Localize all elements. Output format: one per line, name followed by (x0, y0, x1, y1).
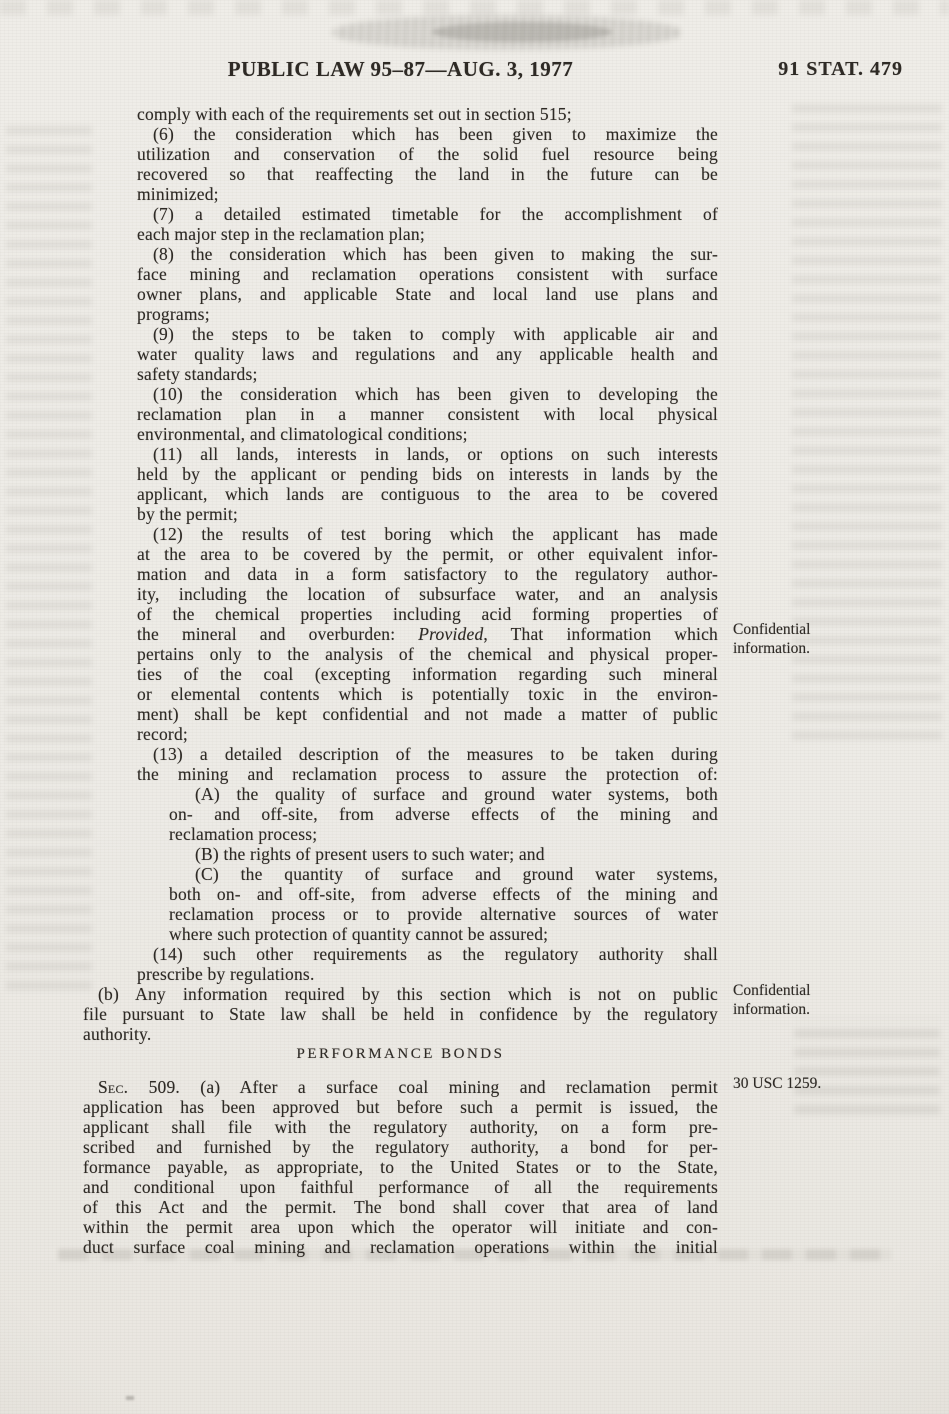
subclause-C: (C) the quantity of surface and ground w… (169, 864, 718, 944)
text-line: the mineral and overburden: Provided, Th… (137, 624, 718, 644)
text-line: (13) a detailed description of the measu… (137, 744, 718, 764)
statute-scanned-page: PUBLIC LAW 95–87—AUG. 3, 1977 91 STAT. 4… (0, 0, 949, 1414)
clause-6: (6) the consideration which has been giv… (137, 124, 718, 204)
text-line: ity, including the location of subsurfac… (137, 584, 718, 604)
text-line: minimized; (137, 184, 718, 204)
text-line: at the area to be covered by the permit,… (137, 544, 718, 564)
clause-12: (12) the results of test boring which th… (137, 524, 718, 744)
running-head-law-title: PUBLIC LAW 95–87—AUG. 3, 1977 (83, 57, 718, 82)
clause-9: (9) the steps to be taken to comply with… (137, 324, 718, 384)
text-line: record; (137, 724, 718, 744)
clause-10: (10) the consideration which has been gi… (137, 384, 718, 444)
text-line: recovered so that reaffecting the land i… (137, 164, 718, 184)
text-line: formance payable, as appropriate, to the… (83, 1157, 718, 1177)
text-line: (6) the consideration which has been giv… (137, 124, 718, 144)
text-line: owner plans, and applicable State and lo… (137, 284, 718, 304)
text-line: and conditional upon faithful performanc… (83, 1177, 718, 1197)
text-line: reclamation plan in a manner consistent … (137, 404, 718, 424)
ink-smudge (333, 15, 681, 50)
statute-text-column: comply with each of the requirements set… (83, 104, 718, 1257)
text-line: water quality laws and regulations and a… (137, 344, 718, 364)
text-line: (C) the quantity of surface and ground w… (169, 864, 718, 884)
scan-speck (126, 1396, 134, 1400)
text-line: within the permit area upon which the op… (83, 1217, 718, 1237)
text-line: (B) the rights of present users to such … (169, 844, 718, 864)
text-line: held by the applicant or pending bids on… (137, 464, 718, 484)
text-line: on- and off-site, from adverse effects o… (169, 804, 718, 824)
note-confidential-1: Confidential information. (733, 620, 843, 658)
text-line: environmental, and climatological condit… (137, 424, 718, 444)
text-line: the mining and reclamation process to as… (137, 764, 718, 784)
text-line: authority. (83, 1024, 718, 1044)
ink-smudge-core (432, 22, 612, 42)
small-caps-text: Sec. (98, 1077, 128, 1097)
bleedthrough-artifact-left-margin (6, 120, 92, 990)
text-line: of this Act and the permit. The bond sha… (83, 1197, 718, 1217)
text-line: file pursuant to State law shall be held… (83, 1004, 718, 1024)
text-line: scribed and furnished by the regulatory … (83, 1137, 718, 1157)
bleedthrough-artifact-top (0, 0, 949, 15)
text-line: (8) the consideration which has been giv… (137, 244, 718, 264)
clause-14: (14) such other requirements as the regu… (137, 944, 718, 984)
text-line: (12) the results of test boring which th… (137, 524, 718, 544)
clause-11: (11) all lands, interests in lands, or o… (137, 444, 718, 524)
text-line: or elemental contents which is potential… (137, 684, 718, 704)
paragraph-b: (b) Any information required by this sec… (83, 984, 718, 1044)
text-line: applicant, which lands are contiguous to… (137, 484, 718, 504)
text-line: utilization and conservation of the soli… (137, 144, 718, 164)
text-line: where such protection of quantity cannot… (169, 924, 718, 944)
section-heading: PERFORMANCE BONDS (83, 1044, 718, 1064)
italic-text: Provided (418, 624, 483, 644)
note-confidential-2: Confidential information. (733, 981, 843, 1019)
clause-8: (8) the consideration which has been giv… (137, 244, 718, 324)
text-line: of the chemical properties including aci… (137, 604, 718, 624)
subclause-A: (A) the quality of surface and ground wa… (169, 784, 718, 844)
text-line: application has been approved but before… (83, 1097, 718, 1117)
text-line: (b) Any information required by this sec… (83, 984, 718, 1004)
text-line: (11) all lands, interests in lands, or o… (137, 444, 718, 464)
text-line: (10) the consideration which has been gi… (137, 384, 718, 404)
text-line: pertains only to the analysis of the che… (137, 644, 718, 664)
subclause-B: (B) the rights of present users to such … (169, 844, 718, 864)
clause-7: (7) a detailed estimated timetable for t… (137, 204, 718, 244)
clause-continuation: comply with each of the requirements set… (137, 104, 718, 124)
text-line: (14) such other requirements as the regu… (137, 944, 718, 964)
text-line: safety standards; (137, 364, 718, 384)
text-line: (7) a detailed estimated timetable for t… (137, 204, 718, 224)
text-line: face mining and reclamation operations c… (137, 264, 718, 284)
text-line: programs; (137, 304, 718, 324)
text-line: Sec. 509. (a) After a surface coal minin… (83, 1077, 718, 1097)
text-line: duct surface coal mining and reclamation… (83, 1237, 718, 1257)
text-line: reclamation process or to provide altern… (169, 904, 718, 924)
text-line: comply with each of the requirements set… (137, 104, 718, 124)
text-line: mation and data in a form satisfactory t… (137, 564, 718, 584)
bleedthrough-artifact-right-lower (794, 1018, 940, 1114)
running-head-stat-page: 91 STAT. 479 (778, 58, 903, 81)
text-line: ties of the coal (excepting information … (137, 664, 718, 684)
text-line: (A) the quality of surface and ground wa… (169, 784, 718, 804)
clause-13: (13) a detailed description of the measu… (137, 744, 718, 784)
text-line: applicant shall file with the regulatory… (83, 1117, 718, 1137)
text-line: ment) shall be kept confidential and not… (137, 704, 718, 724)
text-line: both on- and off-site, from adverse effe… (169, 884, 718, 904)
text-line: prescribe by regulations. (137, 964, 718, 984)
section-509: Sec. 509. (a) After a surface coal minin… (83, 1077, 718, 1257)
text-line: reclamation process; (169, 824, 718, 844)
text-line: each major step in the reclamation plan; (137, 224, 718, 244)
text-line: by the permit; (137, 504, 718, 524)
text-line: (9) the steps to be taken to comply with… (137, 324, 718, 344)
note-usc-1259: 30 USC 1259. (733, 1074, 843, 1093)
